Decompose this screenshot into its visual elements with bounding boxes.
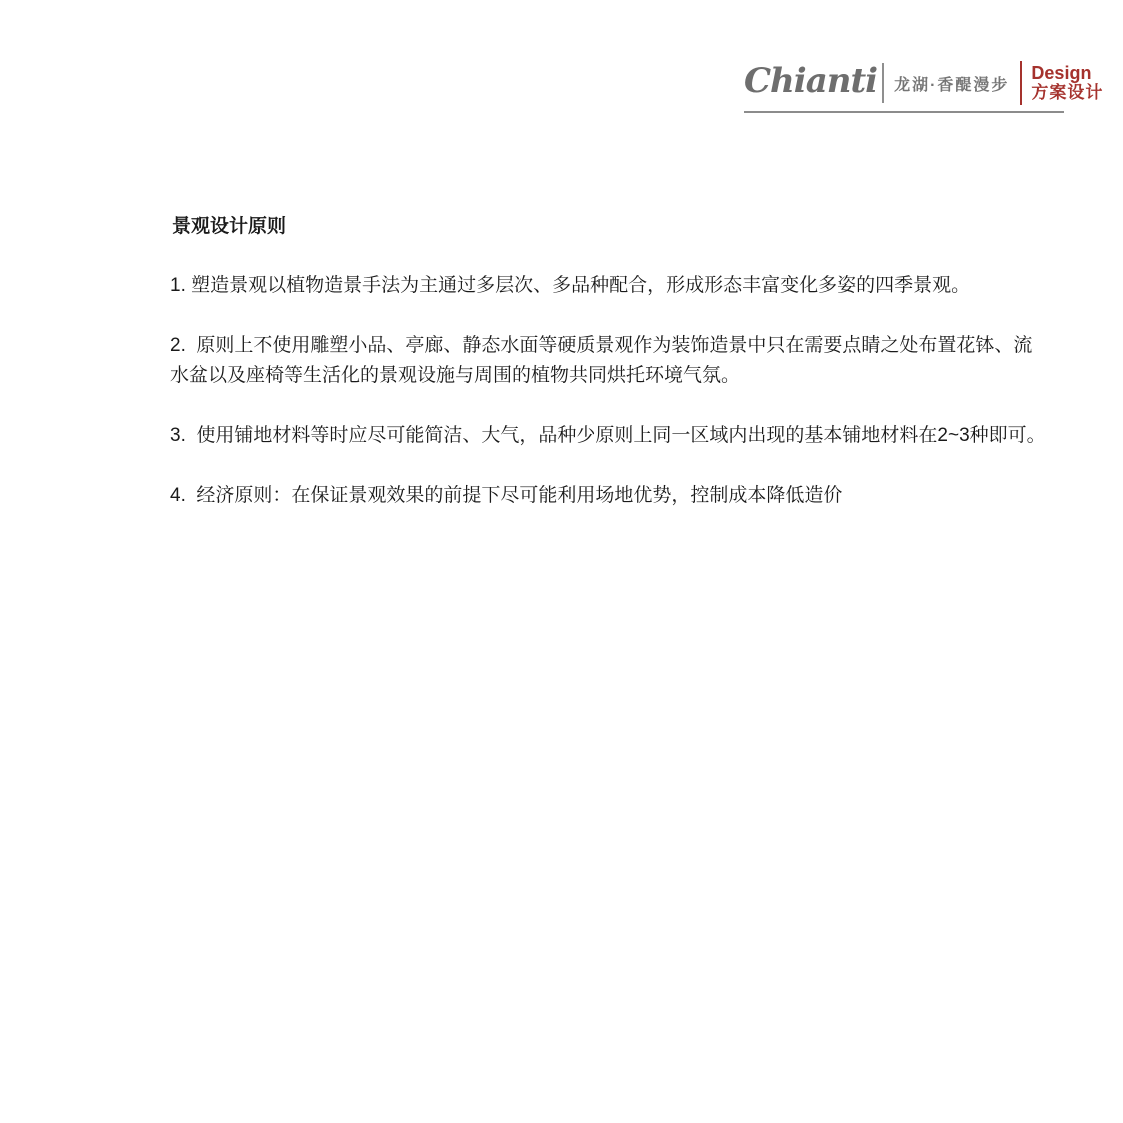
brand-logo: Chianti 龙湖·香醍漫步 Design 方案设计	[744, 58, 1064, 113]
brand-logo-row: Chianti 龙湖·香醍漫步 Design 方案设计	[744, 58, 1064, 108]
logo-divider-red	[1020, 61, 1022, 105]
principle-item-3: 3. 使用铺地材料等时应尽可能简洁、大气，品种少原则上同一区域内出现的基本铺地材…	[170, 421, 1100, 451]
brand-script-wordmark: Chianti	[744, 64, 877, 102]
brand-chinese-name: 龙湖·香醍漫步	[894, 72, 1009, 95]
page-title: 景观设计原则	[172, 212, 1100, 242]
principle-item-2-line-2: 水盆以及座椅等生活化的景观设施与周围的植物共同烘托环境气氛。	[170, 361, 1100, 391]
slide: Chianti 龙湖·香醍漫步 Design 方案设计 景观设计原则 1. 塑造…	[0, 0, 1123, 1123]
principle-item-2: 2. 原则上不使用雕塑小品、亭廊、静态水面等硬质景观作为装饰造景中只在需要点睛之…	[170, 331, 1100, 391]
principle-item-4-line-1: 4. 经济原则：在保证景观效果的前提下尽可能利用场地优势，控制成本降低造价	[170, 481, 1100, 511]
principle-item-1-line-1: 1. 塑造景观以植物造景手法为主通过多层次、多品种配合，形成形态丰富变化多姿的四…	[170, 271, 1100, 301]
principle-item-1: 1. 塑造景观以植物造景手法为主通过多层次、多品种配合，形成形态丰富变化多姿的四…	[170, 271, 1100, 301]
slide-content: 景观设计原则 1. 塑造景观以植物造景手法为主通过多层次、多品种配合，形成形态丰…	[170, 212, 1100, 541]
principle-item-3-line-1: 3. 使用铺地材料等时应尽可能简洁、大气，品种少原则上同一区域内出现的基本铺地材…	[170, 421, 1100, 451]
logo-underline-rule	[744, 111, 1064, 113]
design-label-en: Design	[1031, 63, 1103, 83]
principle-item-2-line-1: 2. 原则上不使用雕塑小品、亭廊、静态水面等硬质景观作为装饰造景中只在需要点睛之…	[170, 331, 1100, 361]
logo-divider-gray	[882, 63, 884, 103]
design-label-block: Design 方案设计	[1031, 63, 1103, 103]
principle-item-4: 4. 经济原则：在保证景观效果的前提下尽可能利用场地优势，控制成本降低造价	[170, 481, 1100, 511]
design-label-cn: 方案设计	[1031, 83, 1103, 103]
